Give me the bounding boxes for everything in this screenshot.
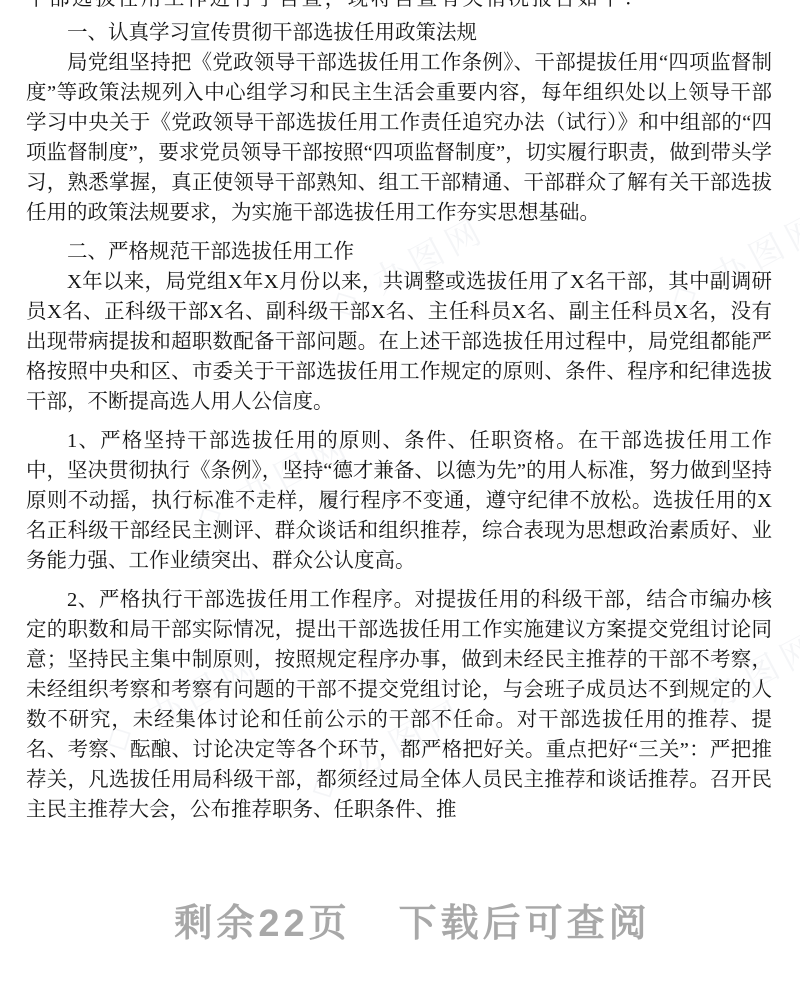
paragraph-appointment-stats: X年以来，局党组X年X月份以来，共调整或选拔任用了X名干部，其中副调研员X名、正… bbox=[26, 267, 772, 417]
download-hint-label: 下载后可查阅 bbox=[399, 903, 651, 945]
document-page: ◇ 办图网◇ 办图网◇ 办图网◇ 办图网◇ 办图网◇ 办图网 干部选拔任用工作进… bbox=[0, 0, 800, 996]
document-body: 一、认真学习宣传贯彻干部选拔任用政策法规 局党组坚持把《党政领导干部选拔任用工作… bbox=[26, 18, 772, 825]
paragraph-policy-study: 局党组坚持把《党政领导干部选拔任用工作条例》、干部提拔任用“四项监督制度”等政策… bbox=[26, 48, 772, 228]
paragraph-item-2: 2、严格执行干部选拔任用工作程序。对提拔任用的科级干部，结合市编办核定的职数和局… bbox=[26, 585, 772, 825]
pages-remaining-label: 剩余22页 bbox=[174, 903, 350, 945]
paragraph-item-1: 1、严格坚持干部选拔任用的原则、条件、任职资格。在干部选拔任用工作中，坚决贯彻执… bbox=[26, 426, 772, 576]
cropped-top-text-line: 干部选拔任用工作进行了自查，现将自查有关情况报告如下： bbox=[26, 0, 644, 14]
section-heading-2: 二、严格规范干部选拔任用工作 bbox=[26, 237, 772, 267]
section-heading-1: 一、认真学习宣传贯彻干部选拔任用政策法规 bbox=[26, 18, 772, 48]
preview-banner: 剩余22页下载后可查阅 bbox=[0, 892, 800, 947]
